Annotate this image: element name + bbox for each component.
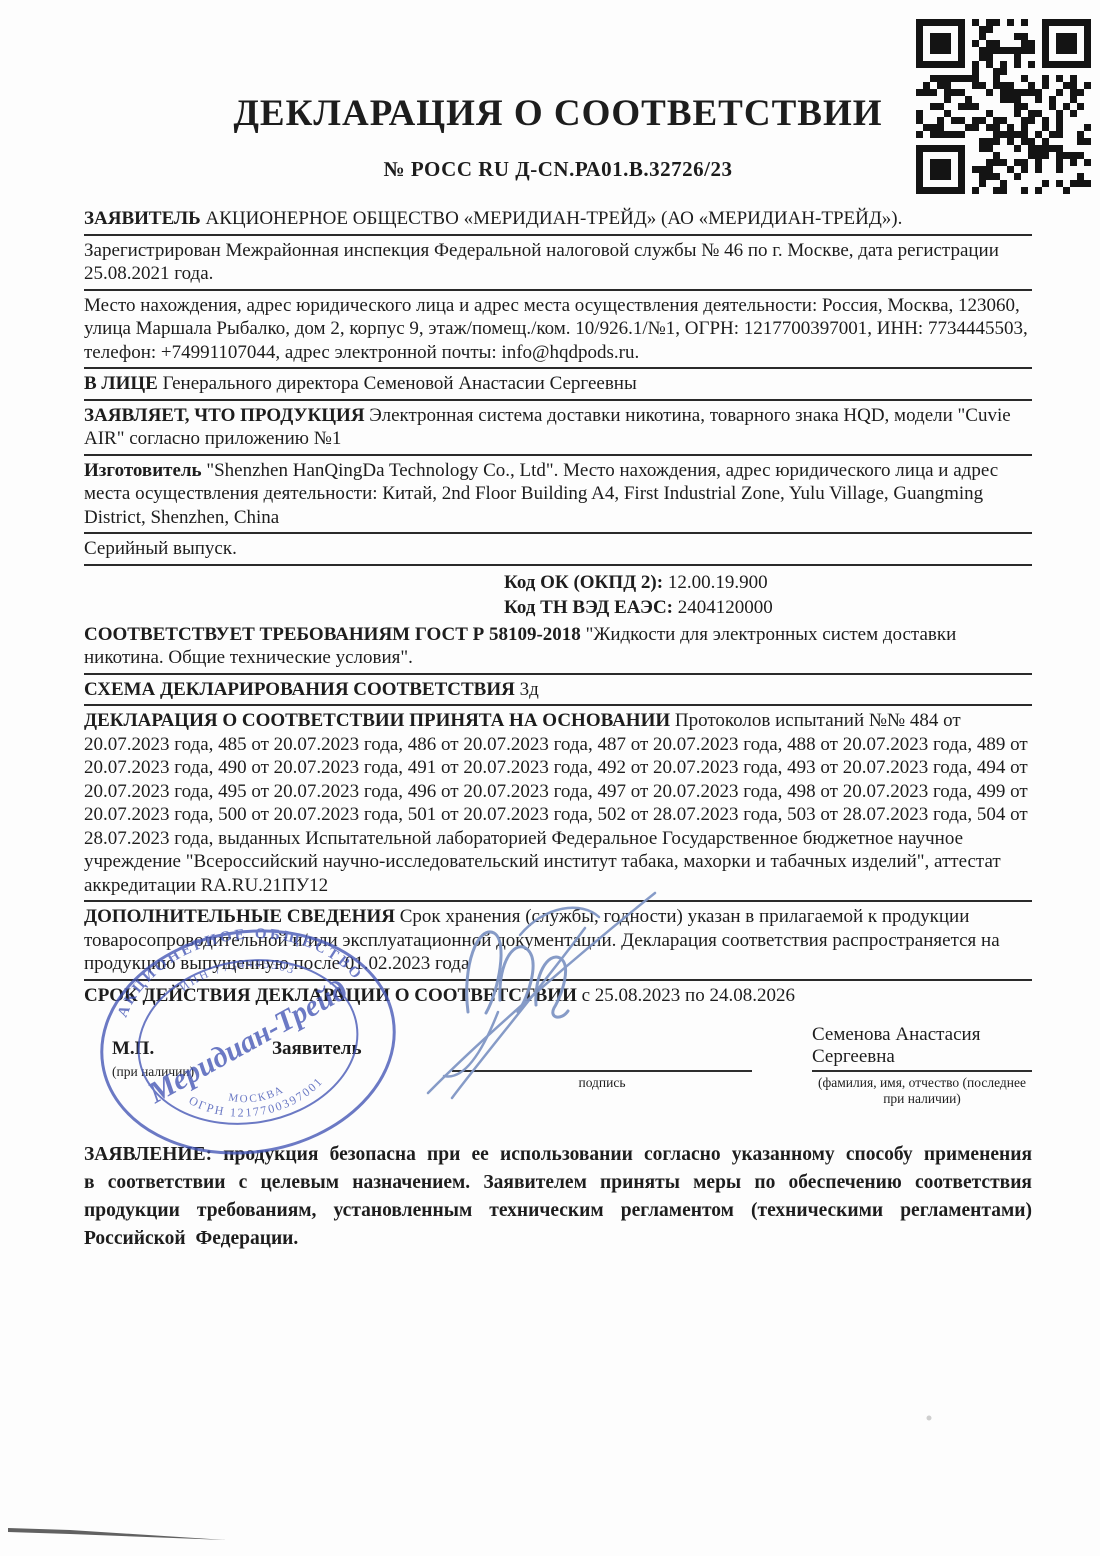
code-tnved: Код ТН ВЭД ЕАЭС: 2404120000	[504, 595, 1032, 620]
validity-value: с 25.08.2023 по 24.08.2026	[582, 985, 795, 1006]
validity-label: СРОК ДЕЙСТВИЯ ДЕКЛАРАЦИИ О СООТВЕТСТВИИ	[84, 985, 577, 1006]
serial-value: Серийный выпуск.	[84, 538, 237, 559]
document-number: № РОСС RU Д-CN.РА01.В.32726/23	[84, 157, 1032, 182]
code-okpd: Код ОК (ОКПД 2): 12.00.19.900	[504, 570, 1032, 595]
basis-value: Протоколов испытаний №№ 484 от 20.07.202…	[84, 710, 1028, 896]
row-applicant: ЗАЯВИТЕЛЬ АКЦИОНЕРНОЕ ОБЩЕСТВО «МЕРИДИАН…	[84, 206, 1032, 236]
location-value: Место нахождения, адрес юридического лиц…	[84, 295, 1028, 363]
stamp-place: М.П. (при наличии)	[84, 1038, 230, 1080]
stamp-place-note: (при наличии)	[112, 1064, 230, 1080]
document-content: ДЕКЛАРАЦИЯ О СООТВЕТСТВИИ № РОСС RU Д-CN…	[84, 0, 1032, 1253]
document-title: ДЕКЛАРАЦИЯ О СООТВЕТСТВИИ	[84, 0, 1032, 135]
row-in-person: В ЛИЦЕ Генерального директора Семеновой …	[84, 371, 1032, 401]
stamp-place-label: М.П.	[112, 1038, 230, 1060]
row-serial: Серийный выпуск.	[84, 536, 1032, 566]
additional-label: ДОПОЛНИТЕЛЬНЫЕ СВЕДЕНИЯ	[84, 906, 395, 927]
code-tnved-value: 2404120000	[678, 597, 773, 618]
manufacturer-value: "Shenzhen HanQingDa Technology Co., Ltd"…	[84, 460, 998, 528]
signature-block: М.П. (при наличии) Заявитель подпись Сем…	[84, 1038, 1032, 1107]
scan-artifact	[8, 1416, 932, 1541]
signatory-field: Семенова Анастасия Сергеевна (фамилия, и…	[812, 1038, 1032, 1107]
conformity-label: СООТВЕТСТВУЕТ ТРЕБОВАНИЯМ ГОСТ Р 58109-2…	[84, 624, 581, 645]
row-codes: Код ОК (ОКПД 2): 12.00.19.900 Код ТН ВЭД…	[84, 568, 1032, 622]
declaration-document: ДЕКЛАРАЦИЯ О СООТВЕТСТВИИ № РОСС RU Д-CN…	[0, 0, 1100, 1556]
applicant-role-label: Заявитель	[230, 1038, 422, 1060]
scheme-label: СХЕМА ДЕКЛАРИРОВАНИЯ СООТВЕТСТВИЯ	[84, 679, 515, 700]
row-scheme: СХЕМА ДЕКЛАРИРОВАНИЯ СООТВЕТСТВИЯ 3д	[84, 677, 1032, 707]
applicant-label: ЗАЯВИТЕЛЬ	[84, 208, 201, 229]
row-location: Место нахождения, адрес юридического лиц…	[84, 293, 1032, 370]
code-okpd-label: Код ОК (ОКПД 2):	[504, 572, 663, 593]
code-tnved-label: Код ТН ВЭД ЕАЭС:	[504, 597, 673, 618]
manufacturer-label: Изготовитель	[84, 460, 202, 481]
in-person-value: Генерального директора Семеновой Анастас…	[163, 373, 637, 394]
signature-field: подпись	[452, 1038, 752, 1091]
row-basis: ДЕКЛАРАЦИЯ О СООТВЕТСТВИИ ПРИНЯТА НА ОСН…	[84, 708, 1032, 902]
statement-text: продукция безопасна при ее использовании…	[84, 1144, 1032, 1249]
document-body: ЗАЯВИТЕЛЬ АКЦИОНЕРНОЕ ОБЩЕСТВО «МЕРИДИАН…	[84, 206, 1032, 1010]
registration-value: Зарегистрирован Межрайонная инспекция Фе…	[84, 240, 999, 285]
row-declares: ЗАЯВЛЯЕТ, ЧТО ПРОДУКЦИЯ Электронная сист…	[84, 403, 1032, 456]
row-manufacturer: Изготовитель "Shenzhen HanQingDa Technol…	[84, 458, 1032, 535]
basis-label: ДЕКЛАРАЦИЯ О СООТВЕТСТВИИ ПРИНЯТА НА ОСН…	[84, 710, 670, 731]
statement-paragraph: ЗАЯВЛЕНИЕ: продукция безопасна при ее ис…	[84, 1141, 1032, 1253]
row-registration: Зарегистрирован Межрайонная инспекция Фе…	[84, 238, 1032, 291]
row-additional: ДОПОЛНИТЕЛЬНЫЕ СВЕДЕНИЯ Срок хранения (с…	[84, 904, 1032, 981]
applicant-value: АКЦИОНЕРНОЕ ОБЩЕСТВО «МЕРИДИАН-ТРЕЙД» (А…	[206, 208, 903, 229]
code-okpd-value: 12.00.19.900	[668, 572, 768, 593]
row-conformity: СООТВЕТСТВУЕТ ТРЕБОВАНИЯМ ГОСТ Р 58109-2…	[84, 622, 1032, 675]
signatory-name: Семенова Анастасия Сергеевна	[812, 1038, 1032, 1072]
row-validity: СРОК ДЕЙСТВИЯ ДЕКЛАРАЦИИ О СООТВЕТСТВИИ …	[84, 983, 1032, 1011]
in-person-label: В ЛИЦЕ	[84, 373, 158, 394]
signature-caption: подпись	[452, 1075, 752, 1091]
signatory-caption: (фамилия, имя, отчество (последнее при н…	[812, 1075, 1032, 1107]
signature-line	[452, 1038, 752, 1072]
scheme-value: 3д	[520, 679, 539, 700]
statement-label: ЗАЯВЛЕНИЕ:	[84, 1144, 212, 1165]
declares-label: ЗАЯВЛЯЕТ, ЧТО ПРОДУКЦИЯ	[84, 405, 365, 426]
